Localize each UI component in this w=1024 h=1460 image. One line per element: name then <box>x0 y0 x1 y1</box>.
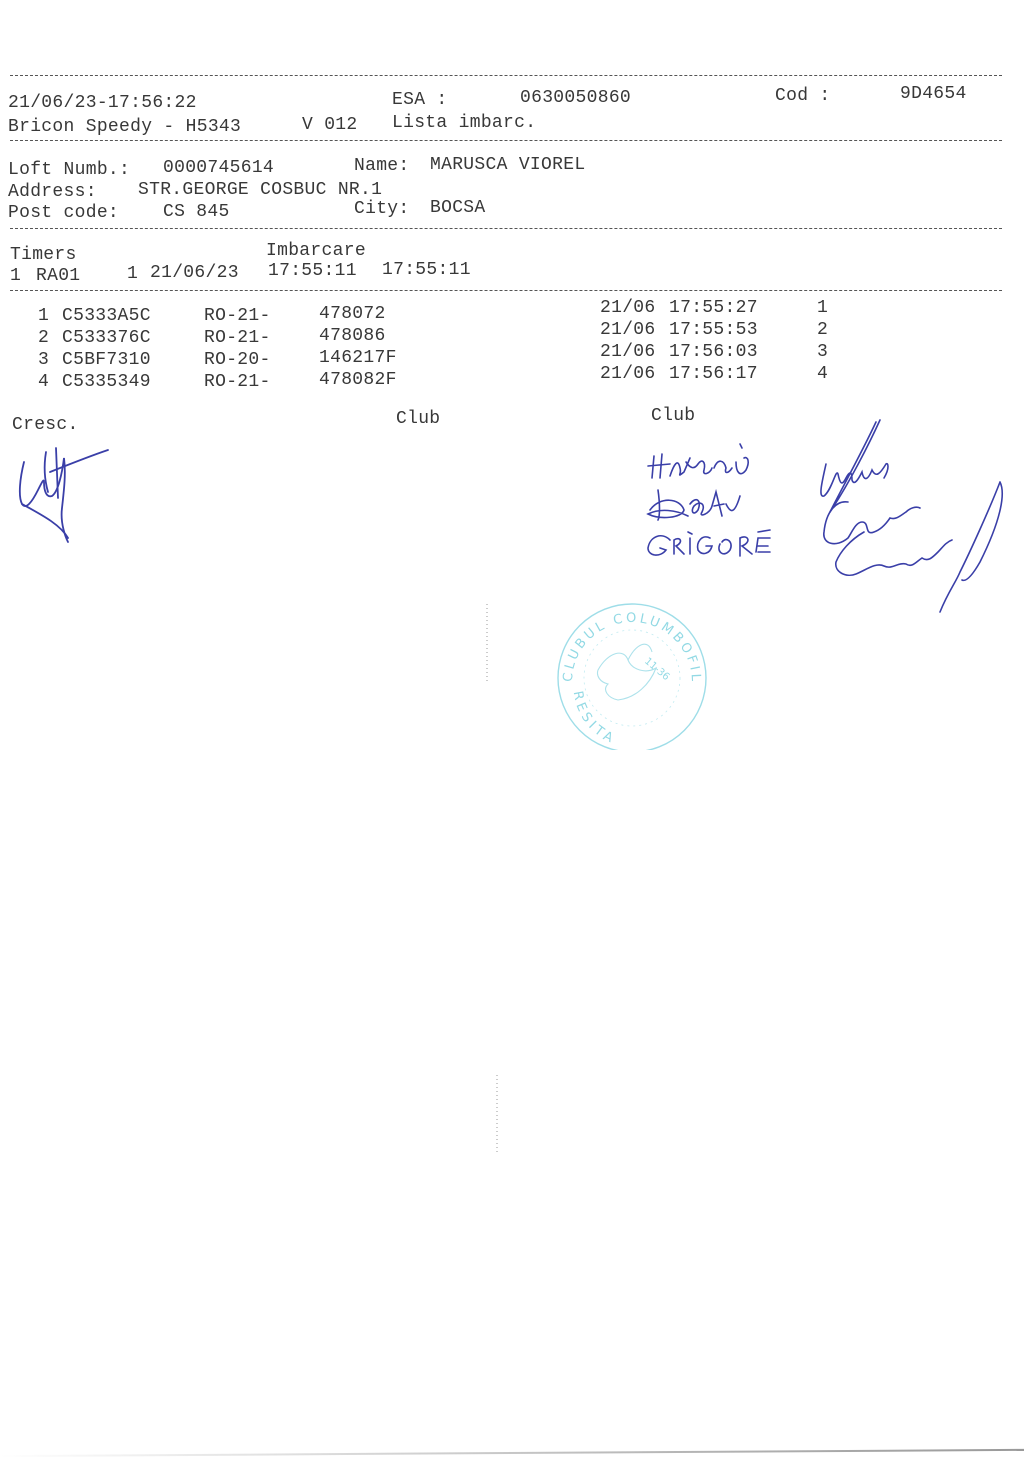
loft-number: 0000745614 <box>163 158 274 178</box>
esa-value: 0630050860 <box>520 88 631 108</box>
separator <box>10 140 1002 141</box>
print-datetime: 21/06/23-17:56:22 <box>8 93 197 113</box>
document-title: Lista imbarc. <box>392 113 536 133</box>
esa-label: ESA : <box>392 90 448 110</box>
bird-chip-id: C533376C <box>62 328 151 348</box>
postcode-value: CS 845 <box>163 202 230 222</box>
club-stamp: CLUBUL COLUMBOFIL RESITA 11-36 <box>552 600 712 750</box>
city-value: BOCSA <box>430 198 486 218</box>
bird-ring-number: 478082F <box>319 370 397 390</box>
bird-ring-number: 478086 <box>319 326 386 346</box>
bird-index: 1 <box>38 306 49 326</box>
svg-text:CLUBUL COLUMBOFIL: CLUBUL COLUMBOFIL <box>561 611 703 684</box>
timer-index: 1 <box>10 266 21 286</box>
bird-index: 2 <box>38 328 49 348</box>
device-version: V 012 <box>302 115 358 135</box>
bird-order: 2 <box>817 320 828 340</box>
bird-ring-number: 146217F <box>319 348 397 368</box>
address-label: Address: <box>8 182 97 202</box>
bird-basket-time: 17:55:53 <box>669 320 758 340</box>
separator <box>10 290 1002 291</box>
bird-basket-time: 17:55:27 <box>669 298 758 318</box>
bird-chip-id: C5BF7310 <box>62 350 151 370</box>
club-signatures <box>640 412 1020 622</box>
separator <box>10 75 1002 76</box>
imbarcare-label: Imbarcare <box>266 241 366 261</box>
scan-artifact <box>486 604 488 684</box>
timers-label: Timers <box>10 245 77 265</box>
timer-end: 17:55:11 <box>382 260 471 280</box>
owner-name: MARUSCA VIOREL <box>430 155 585 175</box>
device-name: Bricon Speedy - H5343 <box>8 117 241 137</box>
cod-label: Cod : <box>775 86 831 106</box>
separator <box>10 228 1002 229</box>
stamp-number: 11-36 <box>642 656 671 683</box>
breeder-signature-label: Cresc. <box>12 415 79 435</box>
breeder-signature <box>10 438 120 550</box>
bird-index: 3 <box>38 350 49 370</box>
bird-basket-date: 21/06 <box>600 320 656 340</box>
timer-start: 17:55:11 <box>268 261 357 281</box>
bird-ring-number: 478072 <box>319 304 386 324</box>
timer-date: 21/06/23 <box>150 263 239 283</box>
bird-ring-prefix: RO-21- <box>204 328 271 348</box>
bird-order: 1 <box>817 298 828 318</box>
dove-icon <box>597 644 656 700</box>
name-label: Name: <box>354 156 410 176</box>
stamp-top-text: CLUBUL COLUMBOFIL <box>561 611 703 684</box>
city-label: City: <box>354 199 410 219</box>
bird-basket-date: 21/06 <box>600 298 656 318</box>
bird-order: 3 <box>817 342 828 362</box>
bird-chip-id: C5335349 <box>62 372 151 392</box>
bird-ring-prefix: RO-20- <box>204 350 271 370</box>
bird-index: 4 <box>38 372 49 392</box>
bird-basket-time: 17:56:17 <box>669 364 758 384</box>
address-value: STR.GEORGE COSBUC NR.1 <box>138 180 382 200</box>
club-signature-label: Club <box>396 409 440 429</box>
stamp-bottom-text: RESITA <box>570 690 619 748</box>
postcode-label: Post code: <box>8 203 119 223</box>
cod-value: 9D4654 <box>900 84 967 104</box>
bird-ring-prefix: RO-21- <box>204 372 271 392</box>
bird-ring-prefix: RO-21- <box>204 306 271 326</box>
svg-text:RESITA: RESITA <box>570 690 619 748</box>
page-edge <box>0 1449 1024 1457</box>
bird-chip-id: C5333A5C <box>62 306 151 326</box>
bird-order: 4 <box>817 364 828 384</box>
scan-artifact <box>496 1075 498 1155</box>
loft-label: Loft Numb.: <box>8 160 130 180</box>
timer-id: RA01 <box>36 266 80 286</box>
timer-count: 1 <box>127 264 138 284</box>
bird-basket-time: 17:56:03 <box>669 342 758 362</box>
bird-basket-date: 21/06 <box>600 342 656 362</box>
bird-basket-date: 21/06 <box>600 364 656 384</box>
